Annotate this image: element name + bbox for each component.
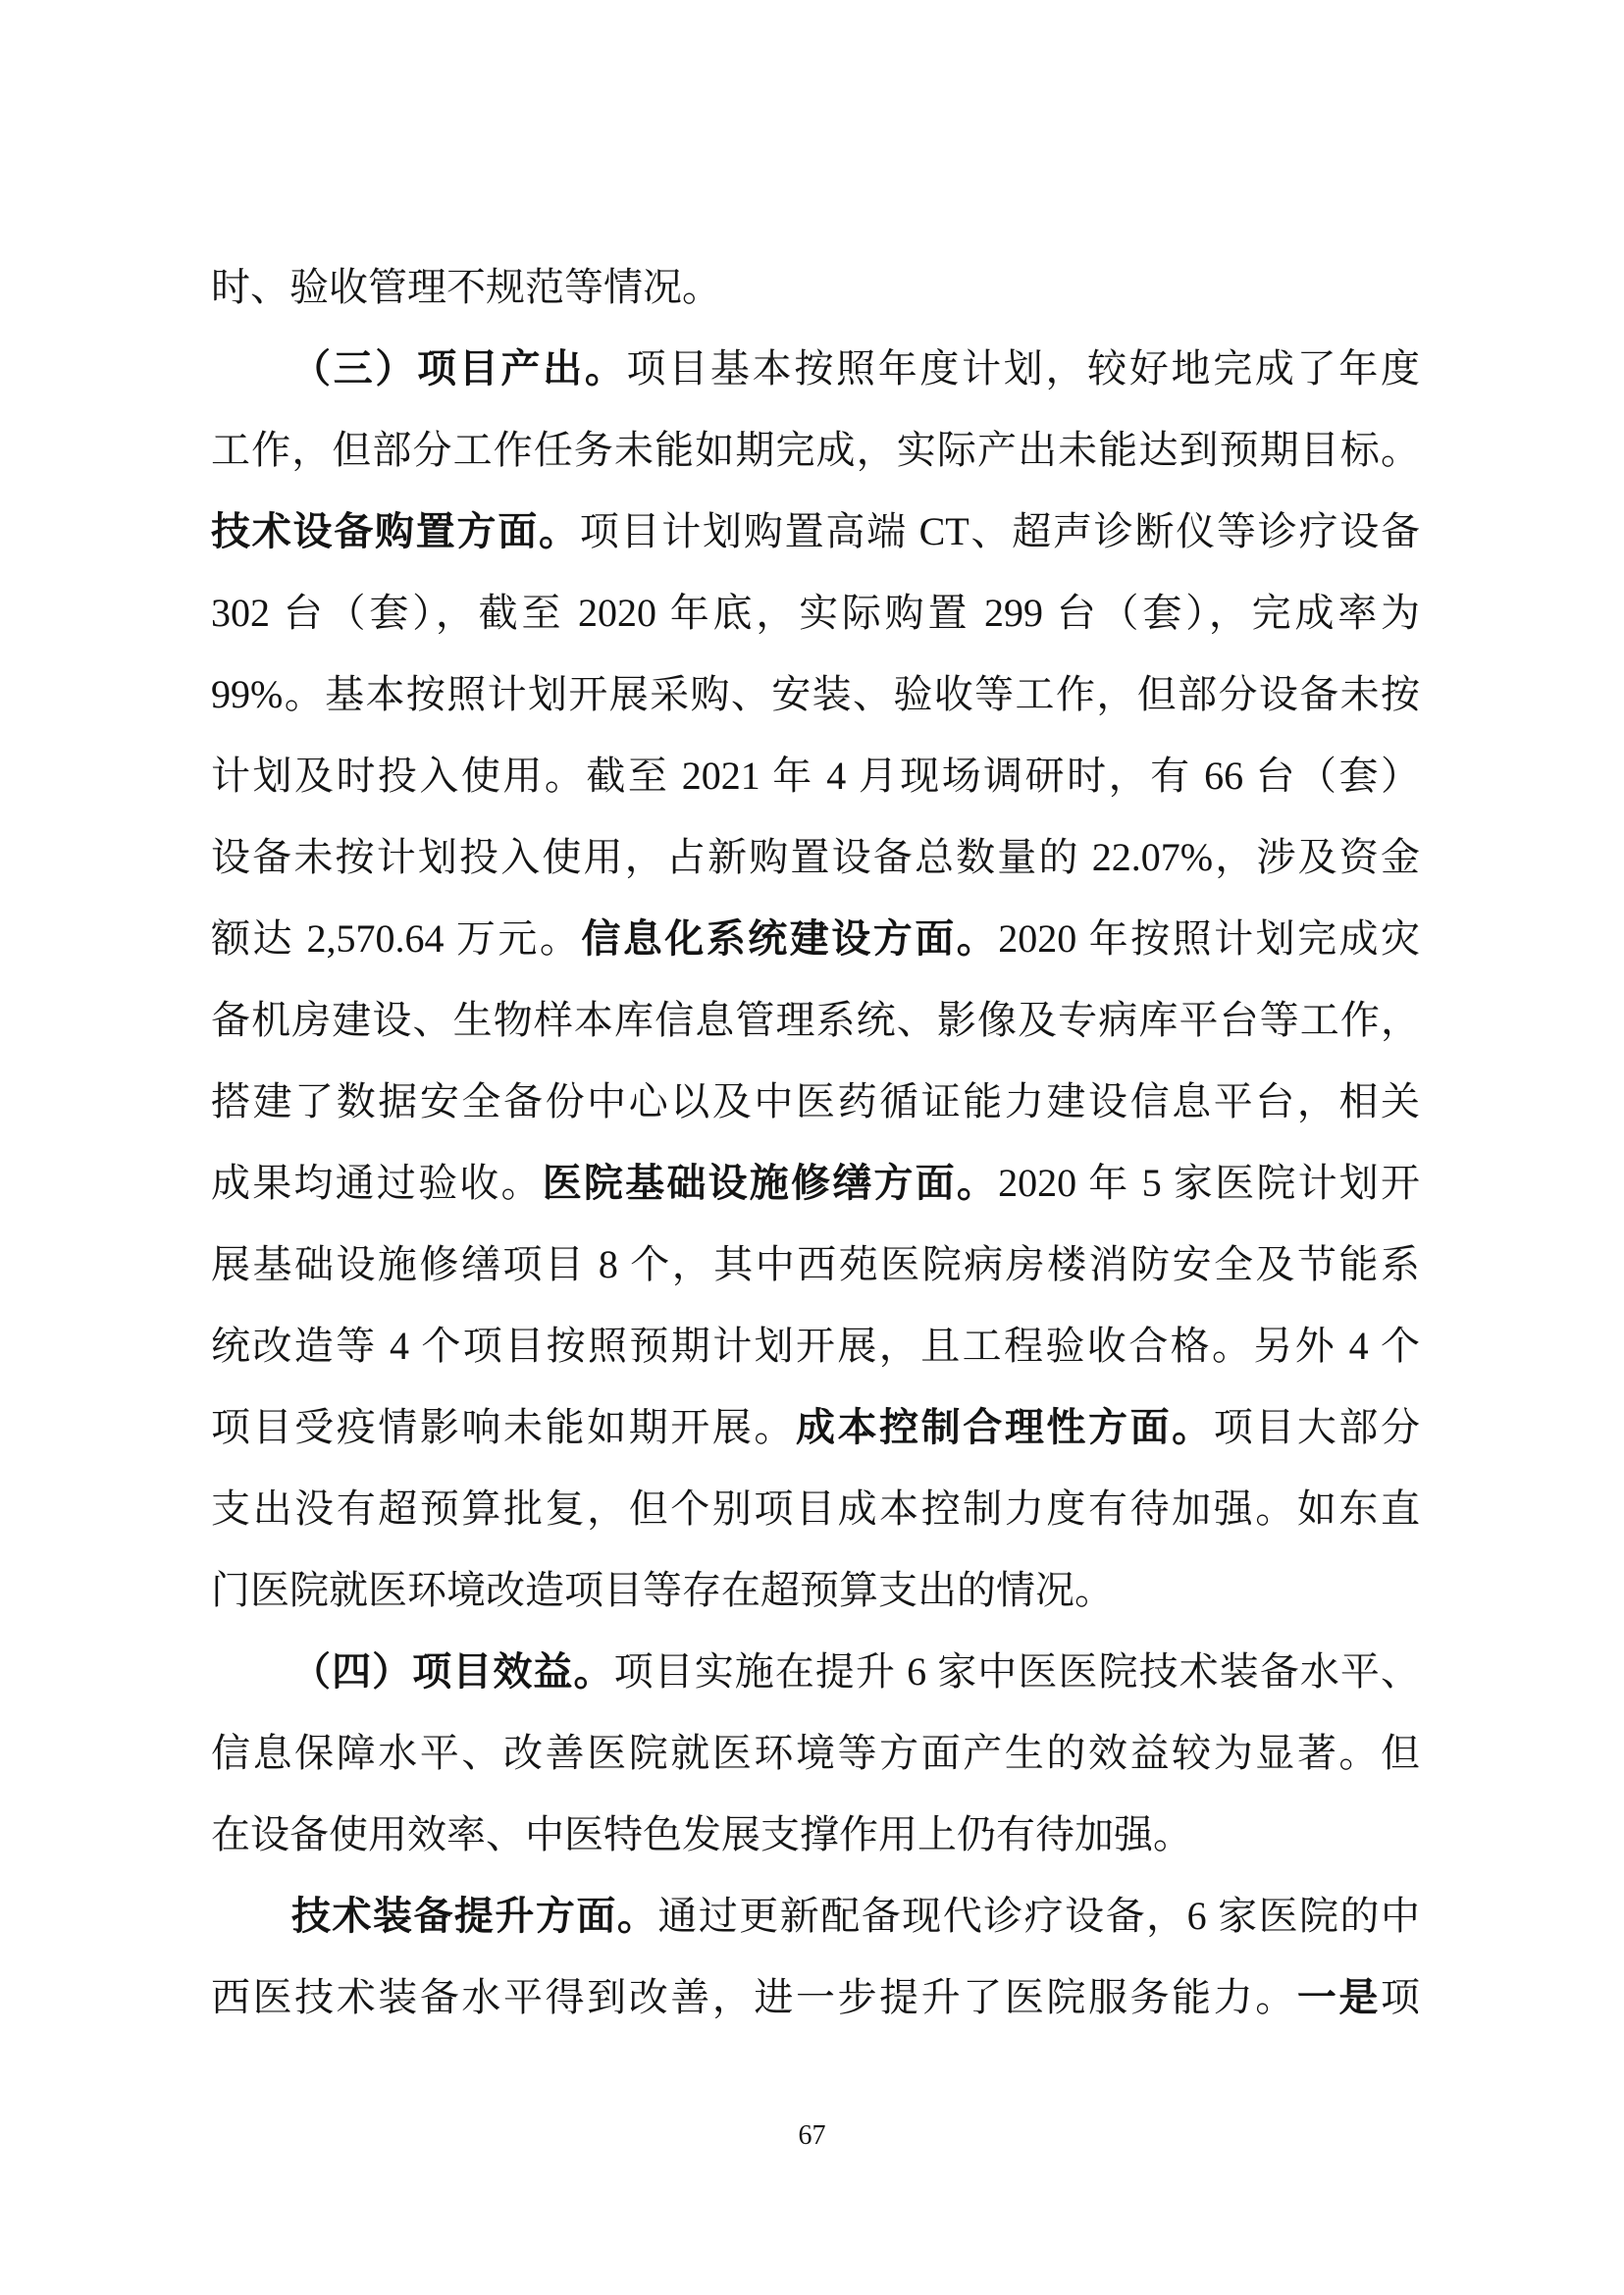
- text-run: 展基础设施修缮项目 8 个，其中西苑医院病房楼消防安全及节能系: [211, 1242, 1420, 1286]
- text-run: 项目大部分: [1214, 1405, 1420, 1449]
- text-run: 项: [1381, 1975, 1420, 2019]
- text-run: 2020 年 5 家医院计划开: [998, 1161, 1420, 1205]
- text-line: 计划及时投入使用。截至 2021 年 4 月现场调研时，有 66 台（套）: [211, 735, 1420, 816]
- text-run: 通过更新配备现代诊疗设备，6 家医院的中: [657, 1894, 1420, 1938]
- text-line: 搭建了数据安全备份中心以及中医药循证能力建设信息平台，相关: [211, 1061, 1420, 1142]
- bold-text-run: 技术设备购置方面。: [211, 509, 580, 553]
- text-line: 302 台（套），截至 2020 年底，实际购置 299 台（套），完成率为: [211, 572, 1420, 653]
- text-run: 在设备使用效率、中医特色发展支撑作用上仍有待加强。: [211, 1812, 1192, 1856]
- text-run: 西医技术装备水平得到改善，进一步提升了医院服务能力。: [211, 1975, 1297, 2019]
- bold-text-run: 一是: [1297, 1975, 1381, 2019]
- text-line: 信息保障水平、改善医院就医环境等方面产生的效益较为显著。但: [211, 1712, 1420, 1794]
- text-line: 技术设备购置方面。项目计划购置高端 CT、超声诊断仪等诊疗设备: [211, 491, 1420, 572]
- page-number: 67: [799, 2120, 826, 2151]
- text-run: 门医院就医环境改造项目等存在超预算支出的情况。: [211, 1568, 1114, 1612]
- text-line: 西医技术装备水平得到改善，进一步提升了医院服务能力。一是项: [211, 1956, 1420, 2038]
- text-run: 99%。基本按照计划开展采购、安装、验收等工作，但部分设备未按: [211, 672, 1420, 716]
- text-run: 2020 年按照计划完成灾: [998, 916, 1420, 961]
- bold-text-run: 成本控制合理性方面。: [796, 1405, 1214, 1449]
- text-run: 额达 2,570.64 万元。: [211, 916, 581, 961]
- text-run: 备机房建设、生物样本库信息管理系统、影像及专病库平台等工作，: [211, 998, 1420, 1042]
- text-run: 计划及时投入使用。截至 2021 年 4 月现场调研时，有 66 台（套）: [211, 754, 1420, 798]
- text-line: 项目受疫情影响未能如期开展。成本控制合理性方面。项目大部分: [211, 1386, 1420, 1468]
- text-run: 项目基本按照年度计划，较好地完成了年度: [627, 346, 1420, 391]
- bold-text-run: 技术装备提升方面。: [291, 1894, 657, 1938]
- text-line: 99%。基本按照计划开展采购、安装、验收等工作，但部分设备未按: [211, 653, 1420, 735]
- text-line: 设备未按计划投入使用，占新购置设备总数量的 22.07%，涉及资金: [211, 816, 1420, 898]
- text-run: 项目受疫情影响未能如期开展。: [211, 1405, 796, 1449]
- text-line: 工作，但部分工作任务未能如期完成，实际产出未能达到预期目标。: [211, 409, 1420, 491]
- text-run: 设备未按计划投入使用，占新购置设备总数量的 22.07%，涉及资金: [211, 835, 1420, 879]
- text-run: 302 台（套），截至 2020 年底，实际购置 299 台（套），完成率为: [211, 591, 1420, 635]
- text-line: （四）项目效益。项目实施在提升 6 家中医医院技术装备水平、: [211, 1631, 1420, 1712]
- bold-text-run: （三）项目产出。: [291, 346, 627, 391]
- text-block: 时、验收管理不规范等情况。（三）项目产出。项目基本按照年度计划，较好地完成了年度…: [211, 246, 1420, 2038]
- text-line: （三）项目产出。项目基本按照年度计划，较好地完成了年度: [211, 328, 1420, 409]
- text-line: 展基础设施修缮项目 8 个，其中西苑医院病房楼消防安全及节能系: [211, 1224, 1420, 1305]
- text-run: 统改造等 4 个项目按照预期计划开展，且工程验收合格。另外 4 个: [211, 1324, 1420, 1368]
- text-line: 成果均通过验收。医院基础设施修缮方面。2020 年 5 家医院计划开: [211, 1142, 1420, 1224]
- text-run: 搭建了数据安全备份中心以及中医药循证能力建设信息平台，相关: [211, 1079, 1420, 1123]
- text-run: 成果均通过验收。: [211, 1161, 543, 1205]
- text-line: 时、验收管理不规范等情况。: [211, 246, 1420, 328]
- bold-text-run: 医院基础设施修缮方面。: [543, 1161, 998, 1205]
- text-run: 时、验收管理不规范等情况。: [211, 265, 721, 309]
- text-line: 额达 2,570.64 万元。信息化系统建设方面。2020 年按照计划完成灾: [211, 898, 1420, 979]
- bold-text-run: 信息化系统建设方面。: [581, 916, 998, 961]
- text-line: 统改造等 4 个项目按照预期计划开展，且工程验收合格。另外 4 个: [211, 1305, 1420, 1386]
- text-line: 支出没有超预算批复，但个别项目成本控制力度有待加强。如东直: [211, 1468, 1420, 1549]
- text-run: 项目实施在提升 6 家中医医院技术装备水平、: [614, 1649, 1420, 1694]
- text-run: 支出没有超预算批复，但个别项目成本控制力度有待加强。如东直: [211, 1487, 1420, 1531]
- text-run: 工作，但部分工作任务未能如期完成，实际产出未能达到预期目标。: [211, 428, 1420, 472]
- text-line: 备机房建设、生物样本库信息管理系统、影像及专病库平台等工作，: [211, 979, 1420, 1061]
- document-page: 时、验收管理不规范等情况。（三）项目产出。项目基本按照年度计划，较好地完成了年度…: [0, 0, 1624, 2295]
- bold-text-run: （四）项目效益。: [291, 1649, 614, 1694]
- text-line: 技术装备提升方面。通过更新配备现代诊疗设备，6 家医院的中: [211, 1875, 1420, 1956]
- text-run: 信息保障水平、改善医院就医环境等方面产生的效益较为显著。但: [211, 1731, 1420, 1775]
- text-run: 项目计划购置高端 CT、超声诊断仪等诊疗设备: [580, 509, 1420, 553]
- text-line: 门医院就医环境改造项目等存在超预算支出的情况。: [211, 1549, 1420, 1631]
- text-line: 在设备使用效率、中医特色发展支撑作用上仍有待加强。: [211, 1794, 1420, 1875]
- page-footer: 67: [0, 2119, 1624, 2153]
